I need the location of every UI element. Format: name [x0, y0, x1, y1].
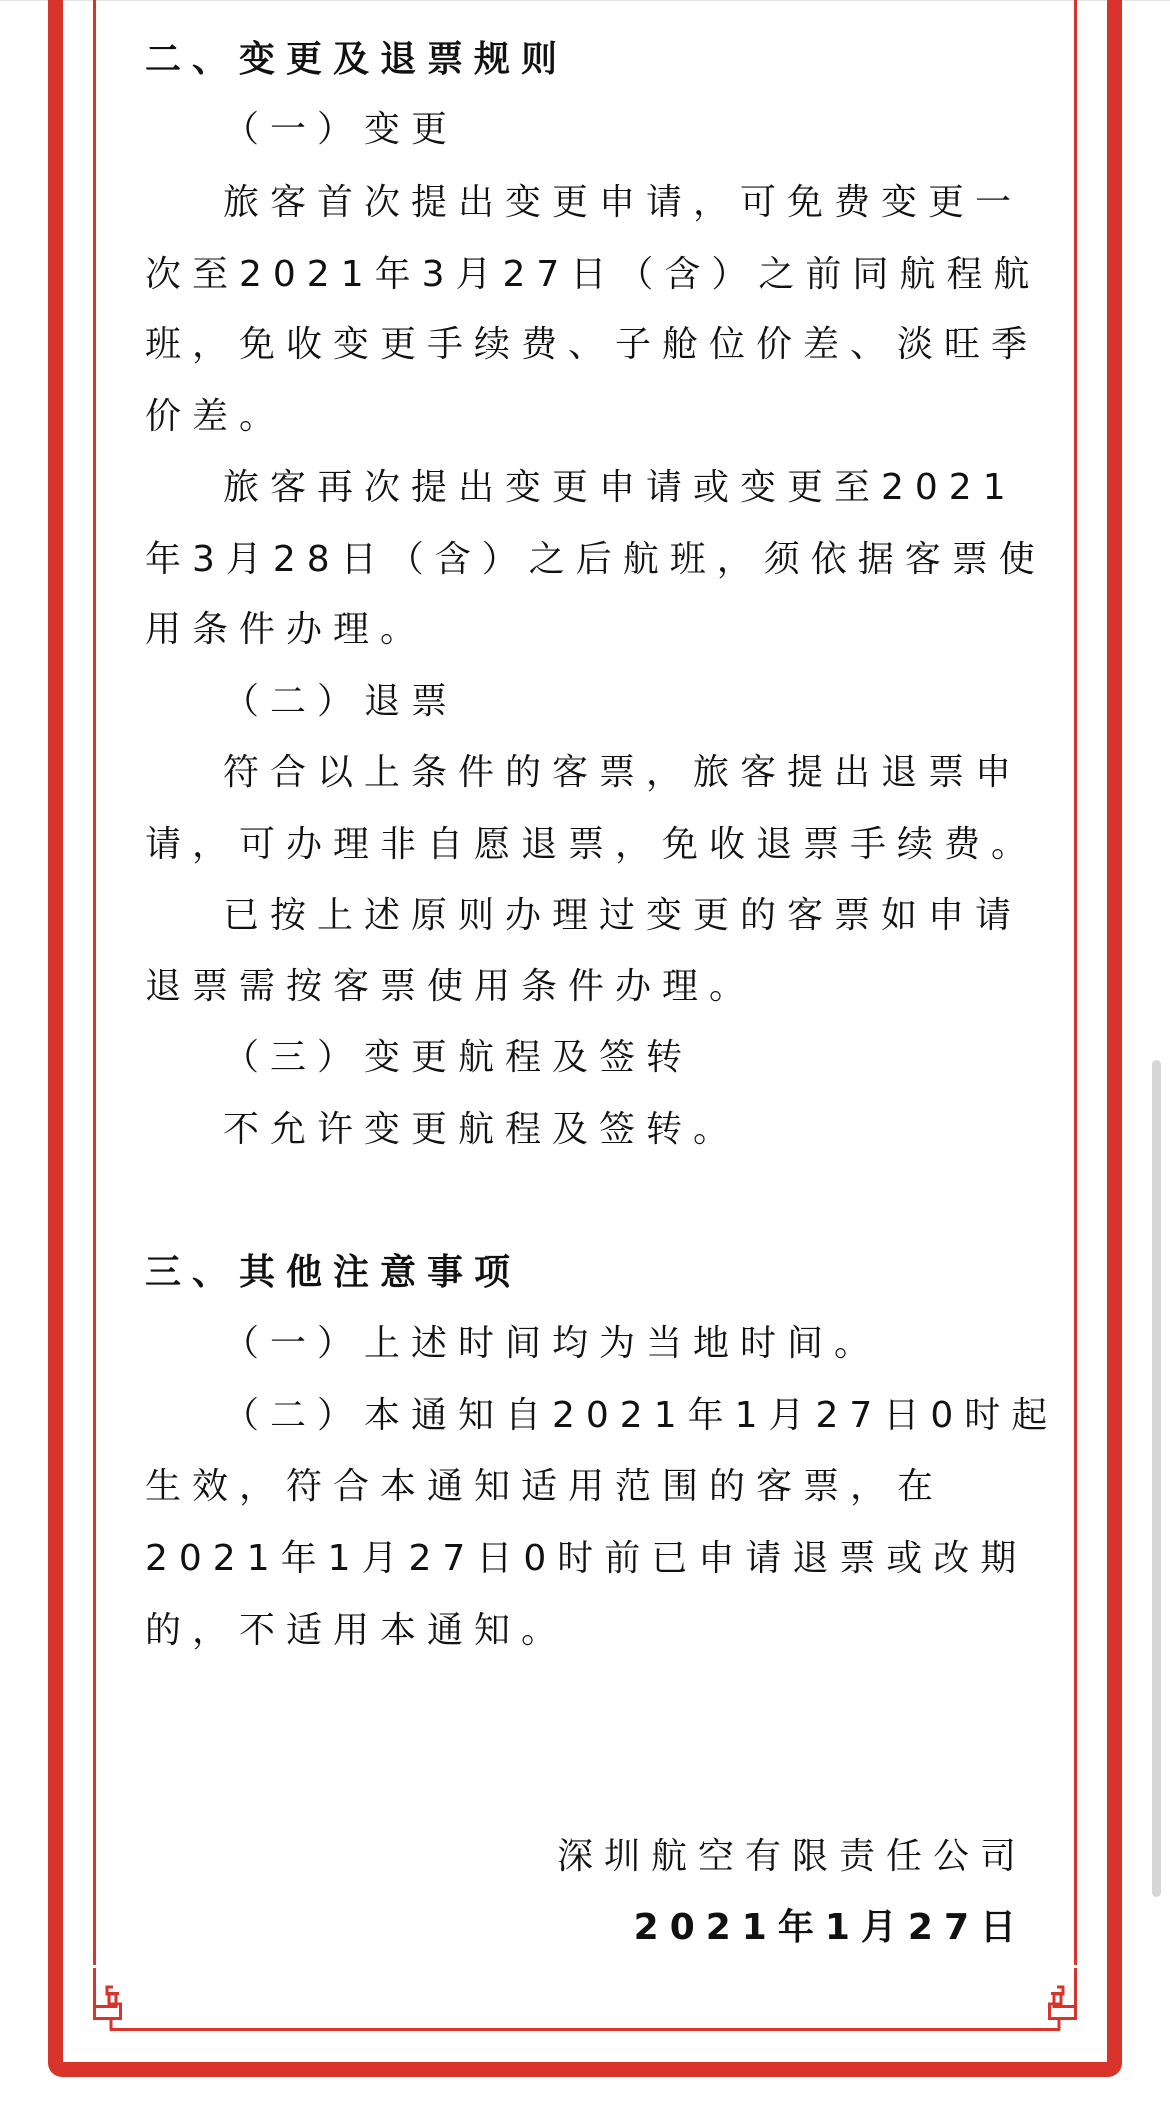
paragraph-line: 次至2021年3月27日（含）之前同航程航: [145, 253, 1040, 297]
subsection-title: （一）变更: [223, 108, 458, 152]
signature-company: 深圳航空有限责任公司: [557, 1835, 1027, 1879]
inner-frame-bottom-line: [110, 2028, 1060, 2031]
paragraph-line: 旅客再次提出变更申请或变更至2021: [223, 466, 1017, 510]
vertical-scrollbar[interactable]: [1152, 1060, 1161, 1897]
paragraph-line: 符合以上条件的客票，旅客提出退票申: [223, 751, 1022, 795]
paragraph-line: 的，不适用本通知。: [145, 1609, 568, 1653]
paragraph-line: 2021年1月27日0时前已申请退票或改期: [145, 1537, 1027, 1581]
paragraph-line: （二）本通知自2021年1月27日0时起: [223, 1394, 1058, 1438]
paragraph-line: 年3月28日（含）之后航班，须依据客票使: [145, 538, 1046, 582]
paragraph-line: 请，可办理非自愿退票，免收退票手续费。: [145, 823, 1038, 867]
paragraph-line: 已按上述原则办理过变更的客票如申请: [223, 894, 1022, 938]
paragraph-line: 不允许变更航程及签转。: [223, 1108, 740, 1152]
paragraph-line: 用条件办理。: [145, 608, 427, 652]
fret-corner-ornament-icon: [1037, 1968, 1077, 2032]
paragraph-line: 旅客首次提出变更申请，可免费变更一: [223, 181, 1022, 225]
paragraph-line: （一）上述时间均为当地时间。: [223, 1322, 881, 1366]
inner-frame-right-line: [1074, 0, 1077, 1965]
inner-frame-left-line: [93, 0, 96, 1965]
paragraph-line: 班，免收变更手续费、子舱位价差、淡旺季: [145, 323, 1038, 367]
paragraph-line: 价差。: [145, 395, 286, 439]
paragraph-line: 退票需按客票使用条件办理。: [145, 965, 756, 1009]
signature-date: 2021年1月27日: [634, 1906, 1027, 1950]
paragraph-line: 生效，符合本通知适用范围的客票，在: [145, 1465, 944, 1509]
section-heading: 二、变更及退票规则: [145, 38, 568, 82]
section-heading: 三、其他注意事项: [145, 1251, 521, 1295]
subsection-title: （三）变更航程及签转: [223, 1036, 693, 1080]
subsection-title: （二）退票: [223, 680, 458, 724]
fret-corner-ornament-icon: [93, 1968, 133, 2032]
